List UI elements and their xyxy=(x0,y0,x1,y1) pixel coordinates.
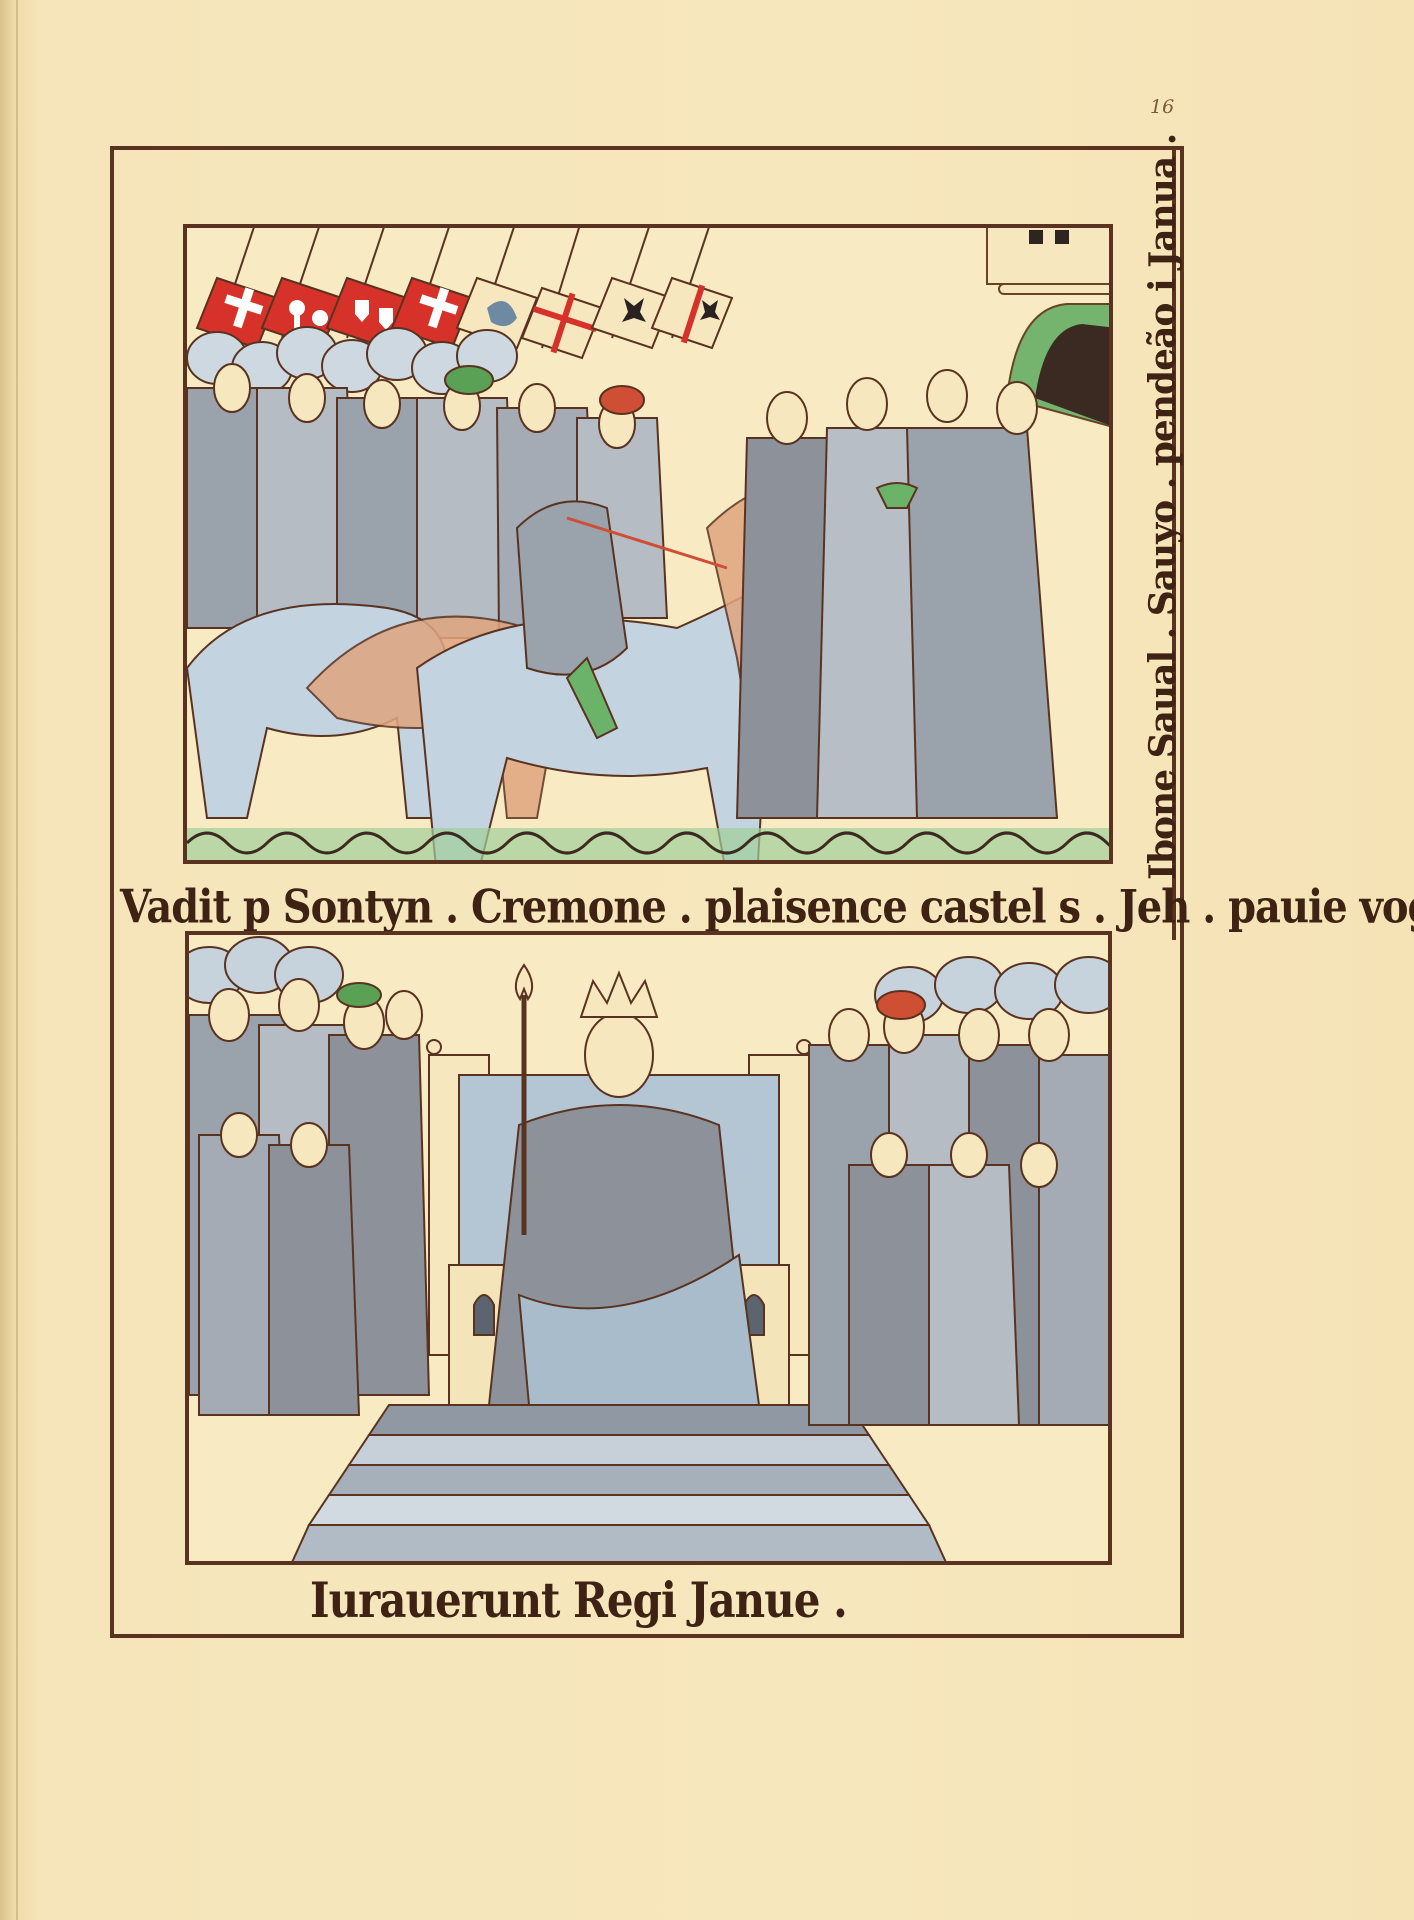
throne-steps xyxy=(289,1405,949,1565)
procession-scene-illustration xyxy=(187,228,1113,864)
fleur-de-lis-icon xyxy=(516,965,532,999)
page-number: 16 xyxy=(1150,96,1174,118)
grass-strip xyxy=(187,828,1113,864)
citizens-right xyxy=(737,370,1057,818)
book-gutter xyxy=(16,0,18,1920)
side-vertical-caption: Ibone Saual . Sauyo . pendeão i Janua . xyxy=(1142,134,1184,880)
crowd-right xyxy=(809,991,1112,1425)
top-illustration-panel xyxy=(183,224,1113,864)
king xyxy=(489,965,759,1405)
bottom-panel-caption: Iurauerunt Regi Janue . xyxy=(310,1572,847,1628)
crown-icon xyxy=(581,973,657,1017)
enthroned-king-scene-illustration xyxy=(189,935,1112,1565)
top-panel-caption: Vadit p Sontyn . Cremone . plaisence cas… xyxy=(120,880,1414,934)
crowd-left xyxy=(189,979,429,1415)
bottom-illustration-panel xyxy=(185,931,1112,1565)
